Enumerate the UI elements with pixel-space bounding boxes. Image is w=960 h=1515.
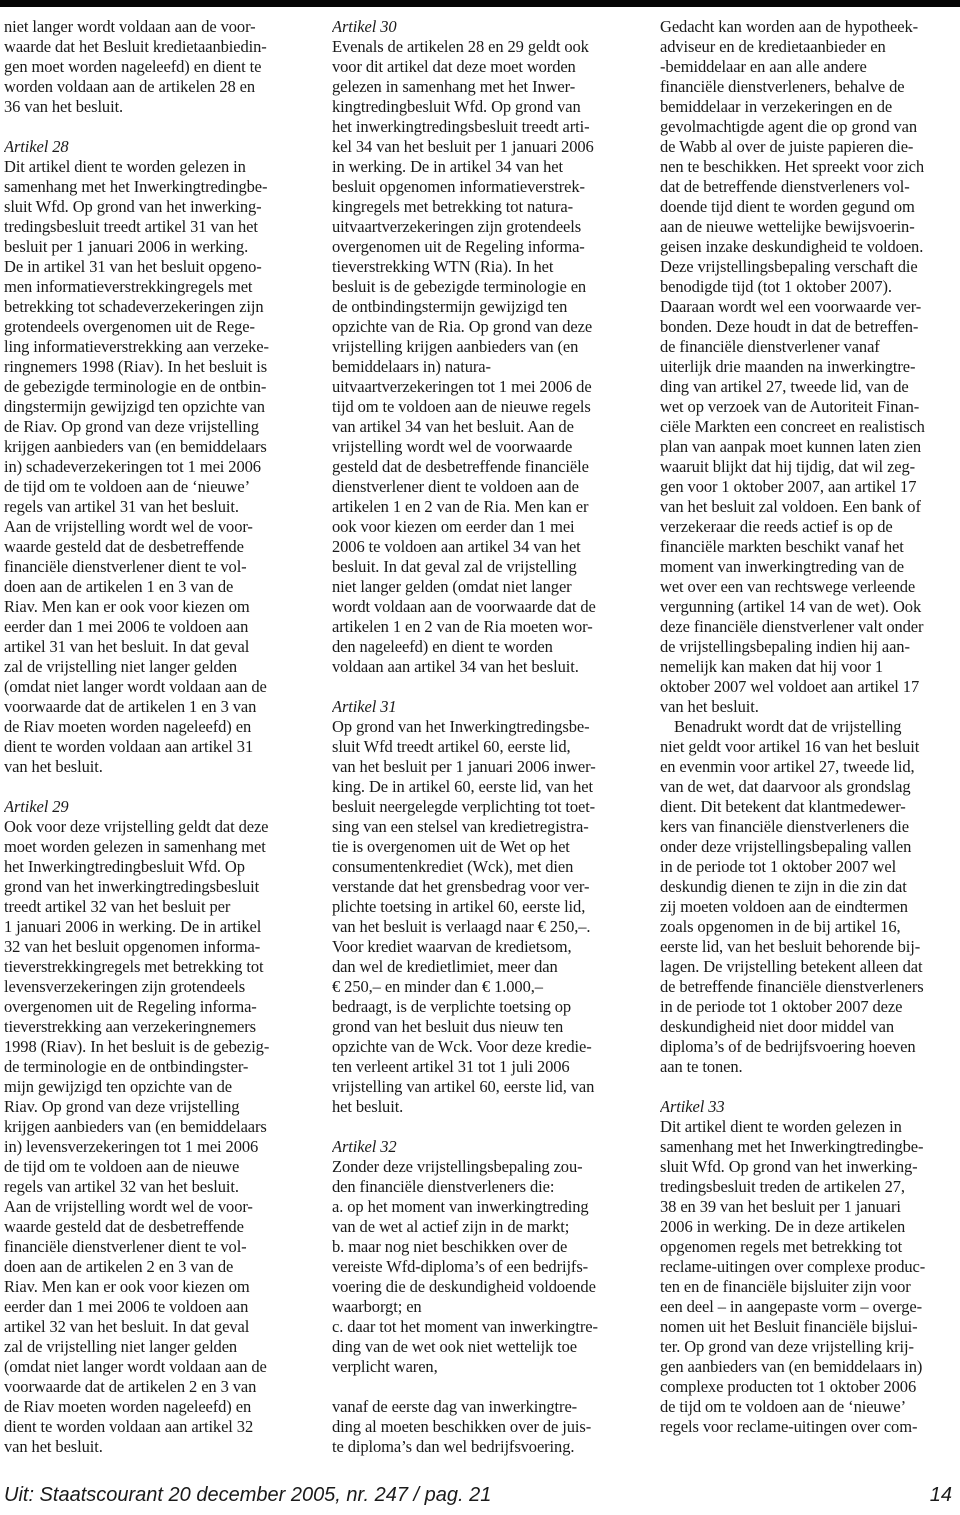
- paragraph: Zonder deze vrijstellingsbepaling zou- d…: [332, 1157, 628, 1377]
- article-heading: Artikel 29: [4, 797, 300, 817]
- paragraph: Gedacht kan worden aan de hypotheek- adv…: [660, 17, 956, 717]
- column-3: Gedacht kan worden aan de hypotheek- adv…: [660, 17, 956, 1477]
- article-heading: Artikel 33: [660, 1097, 956, 1117]
- paragraph: niet langer wordt voldaan aan de voor- w…: [4, 17, 300, 117]
- page-footer: Uit: Staatscourant 20 december 2005, nr.…: [4, 1484, 952, 1507]
- paragraph: Benadrukt wordt dat de vrijstelling niet…: [660, 717, 956, 1077]
- paragraph-gap: [660, 1077, 956, 1097]
- paragraph: Op grond van het Inwerkingtredingsbe- sl…: [332, 717, 628, 1117]
- article-heading: Artikel 28: [4, 137, 300, 157]
- article-heading: Artikel 30: [332, 17, 628, 37]
- paragraph: Dit artikel dient te worden gelezen in s…: [4, 157, 300, 777]
- footer-source: Uit: Staatscourant 20 december 2005, nr.…: [4, 1484, 491, 1507]
- article-heading: Artikel 31: [332, 697, 628, 717]
- column-2: Artikel 30Evenals de artikelen 28 en 29 …: [332, 17, 628, 1477]
- column-1: niet langer wordt voldaan aan de voor- w…: [4, 17, 300, 1477]
- paragraph: Ook voor deze vrijstelling geldt dat dez…: [4, 817, 300, 1457]
- text-columns: niet langer wordt voldaan aan de voor- w…: [4, 17, 956, 1477]
- top-rule: [0, 0, 960, 7]
- paragraph: vanaf de eerste dag van inwerkingtre- di…: [332, 1397, 628, 1457]
- document-page: niet langer wordt voldaan aan de voor- w…: [0, 0, 960, 1515]
- paragraph-gap: [332, 1377, 628, 1397]
- paragraph-gap: [4, 777, 300, 797]
- paragraph-gap: [332, 677, 628, 697]
- article-heading: Artikel 32: [332, 1137, 628, 1157]
- paragraph: Dit artikel dient te worden gelezen in s…: [660, 1117, 956, 1437]
- paragraph: Evenals de artikelen 28 en 29 geldt ook …: [332, 37, 628, 677]
- paragraph-gap: [332, 1117, 628, 1137]
- paragraph-gap: [4, 117, 300, 137]
- footer-page-number: 14: [930, 1484, 952, 1507]
